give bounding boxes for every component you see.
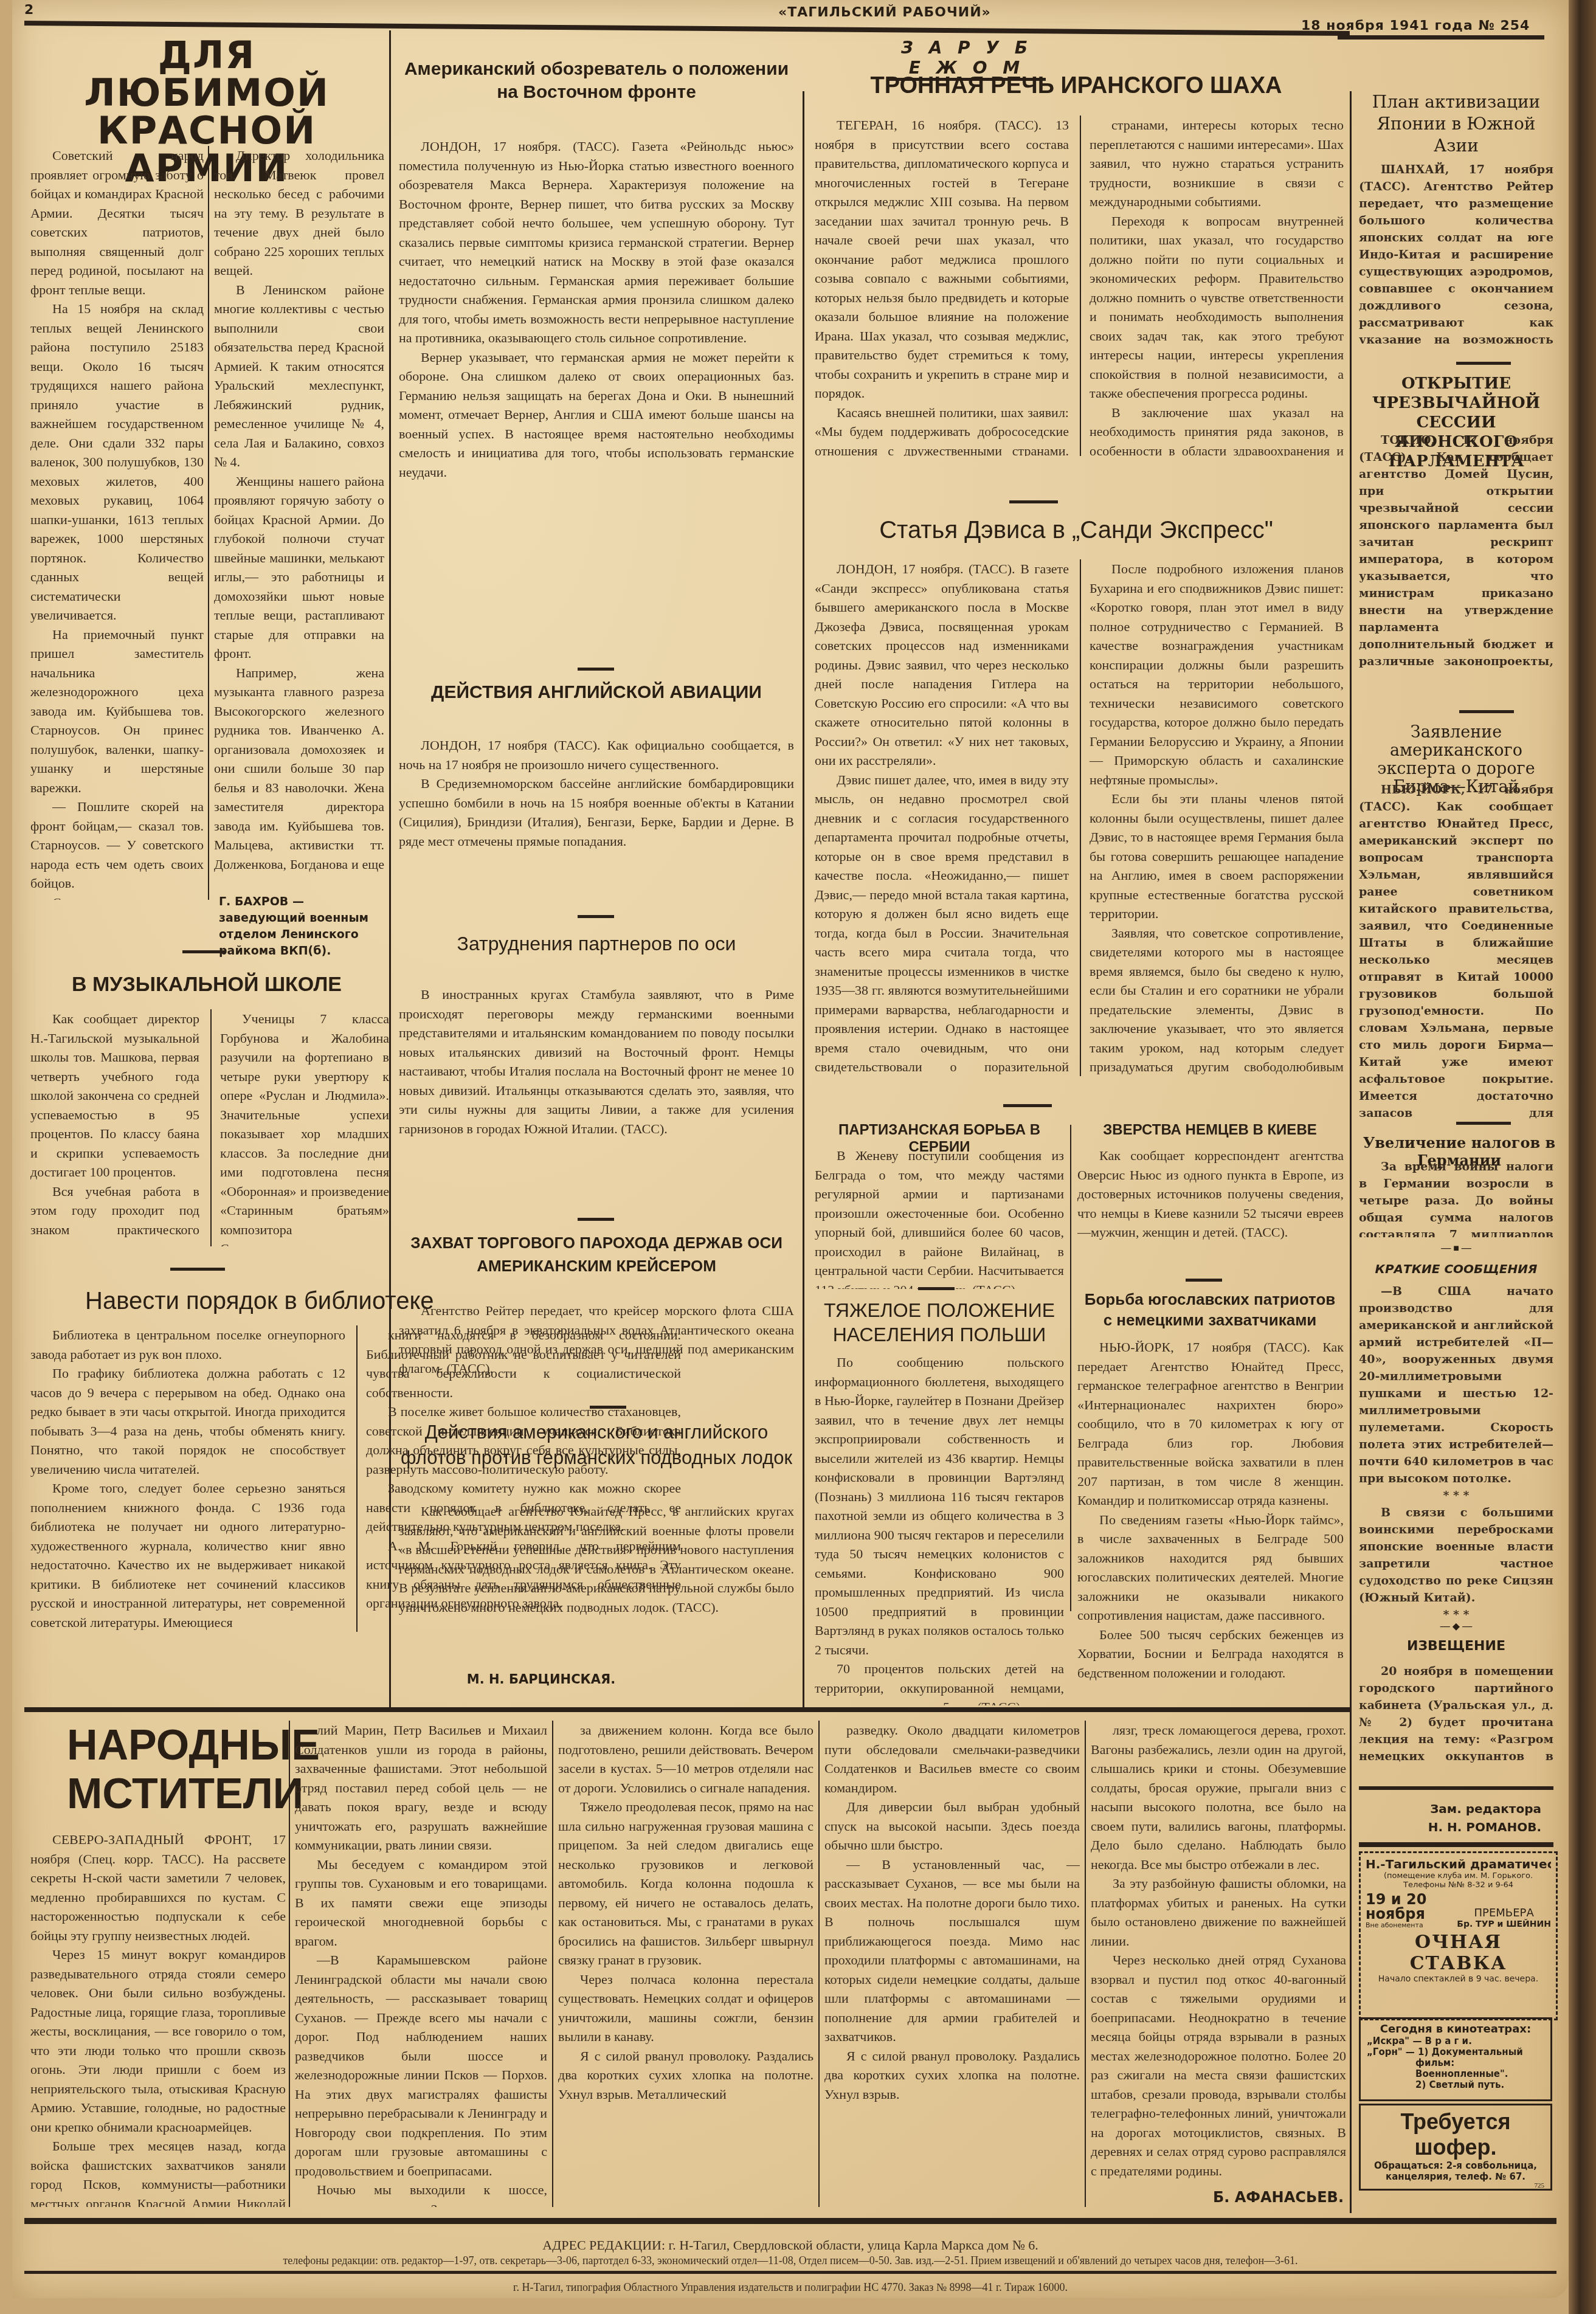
editor-signature: Зам. редактора Н. Н. РОМАНОВ. xyxy=(1359,1800,1541,1836)
separator xyxy=(1359,1786,1553,1790)
footer-rule xyxy=(24,2218,1556,2224)
ad-theatre: Н.-Тагильский драматический театр (помещ… xyxy=(1359,1851,1558,2020)
article-body: НЬЮ-ЙОРК, 17 ноября (ТАСС). Как передает… xyxy=(1077,1338,1344,1702)
headline: В МУЗЫКАЛЬНОЙ ШКОЛЕ xyxy=(30,973,383,996)
column-rule xyxy=(1350,91,1352,2213)
article-body: Как сообщает директор Н.-Тагильской музы… xyxy=(30,1009,389,1246)
column-rule xyxy=(1085,1721,1086,2207)
column-rule xyxy=(552,1721,553,2207)
article-body: ТОКИО, 17 ноября (ТАСС). Как сообщает аг… xyxy=(1359,432,1553,675)
ad-cinema: Сегодня в кинотеатрах: „Искра" — В р а г… xyxy=(1359,2017,1552,2101)
article-body: В иностранных кругах Стамбула заявляют, … xyxy=(399,985,794,1222)
separator-square-icon: — ■ — xyxy=(1359,1243,1553,1254)
ad-title: Сегодня в кинотеатрах: xyxy=(1367,2023,1544,2036)
brief-news-list: —В США начато производство для американс… xyxy=(1359,1283,1553,1623)
article-body-col: за движением колонн. Когда все было подг… xyxy=(558,1721,814,2207)
byline: Г. БАХРОВ — заведующий военным отделом Л… xyxy=(219,894,383,959)
headline: План активизации Японии в Южной Азии xyxy=(1359,91,1553,157)
newspaper-name: «ТАГИЛЬСКИЙ РАБОЧИЙ» xyxy=(778,5,991,20)
separator xyxy=(1009,500,1058,503)
separator xyxy=(590,1406,626,1409)
play-title: ОЧНАЯ СТАВКА xyxy=(1366,1932,1551,1974)
article-body-col: Советский народ проявляет огромную забот… xyxy=(30,146,204,900)
article-body: ЛОНДОН, 17 ноября. (ТАСС). Газета «Рейно… xyxy=(399,137,794,654)
headline: ЗВЕРСТВА НЕМЦЕВ В КИЕВЕ xyxy=(1076,1122,1344,1139)
headline: Статья Дэвиса в „Санди Экспресс" xyxy=(809,517,1344,544)
separator xyxy=(1456,1122,1511,1125)
article-body-col: разведку. Около двадцати километров пути… xyxy=(824,1721,1080,2207)
headline: Борьба югославских патриотов с немецкими… xyxy=(1076,1289,1344,1330)
headline: НАРОДНЫЕ МСТИТЕЛИ xyxy=(36,1721,322,1818)
column-rule xyxy=(818,1721,820,2207)
headline: ТРОННАЯ РЕЧЬ ИРАНСКОГО ШАХА xyxy=(809,73,1344,99)
article-body: Агентство Рейтер передает, что крейсер м… xyxy=(399,1301,794,1404)
article-body: ЛОНДОН, 17 ноября (ТАСС). Как официально… xyxy=(399,736,794,918)
article-body: За время войны налоги в Германии возросл… xyxy=(1359,1158,1553,1237)
separator xyxy=(1459,710,1514,713)
printer-info: г. Н-Тагил, типография Областного Управл… xyxy=(12,2281,1569,2294)
ad-driver-wanted: Требуется шофер. Обращаться: 2-я совболь… xyxy=(1359,2104,1552,2191)
section-rule xyxy=(24,1707,1350,1712)
ad-title: Н.-Тагильский драматический театр xyxy=(1366,1857,1551,1871)
separator xyxy=(578,915,614,918)
article-body: ТЕГЕРАН, 16 ноября. (ТАСС). 13 ноября в … xyxy=(815,116,1344,456)
newspaper-page: 2 «ТАГИЛЬСКИЙ РАБОЧИЙ» 18 ноября 1941 го… xyxy=(12,0,1569,2298)
masthead-rule-right xyxy=(1338,35,1544,40)
article-body: ЛОНДОН, 17 ноября. (ТАСС). В газете «Сан… xyxy=(815,559,1344,1076)
headline: ДЕЙСТВИЯ АНГЛИЙСКОЙ АВИАЦИИ xyxy=(399,681,794,704)
column-rule xyxy=(1070,1125,1071,1611)
article-body: Как сообщает агентство Юнайтед Пресс, в … xyxy=(399,1502,794,1702)
editorial-phones: телефоны редакции: отв. редактор—1-97, о… xyxy=(12,2254,1569,2267)
ad-title: Требуется шофер. xyxy=(1367,2109,1544,2160)
separator xyxy=(1186,1279,1222,1282)
article-body-col: Директор холодильника тов. Матвеюк прове… xyxy=(214,146,384,876)
separator xyxy=(182,950,225,953)
separator xyxy=(170,1268,225,1271)
separator xyxy=(1456,362,1511,365)
separator-diamond-icon: — ◆ — xyxy=(1359,1620,1553,1632)
column-rule xyxy=(803,91,804,1708)
separator xyxy=(1003,1104,1052,1107)
separator xyxy=(918,1287,955,1290)
stars-separator-icon: * * * xyxy=(1359,1487,1553,1504)
article-body-col: СЕВЕРО-ЗАПАДНЫЙ ФРОНТ, 17 ноября (Спец. … xyxy=(30,1830,286,2207)
headline: ЗАХВАТ ТОРГОВОГО ПАРОХОДА ДЕРЖАВ ОСИ АМЕ… xyxy=(399,1231,794,1277)
column-rule xyxy=(289,1721,290,2207)
article-body: В Женеву поступили сообщения из Белграда… xyxy=(815,1146,1064,1289)
separator xyxy=(578,1218,614,1221)
headline: Действия американского и английского фло… xyxy=(399,1420,794,1471)
article-body-col: лий Марин, Петр Васильев и Михаил Солдат… xyxy=(295,1721,547,2207)
article-body-col: лязг, треск ломающегося дерева, грохот. … xyxy=(1091,1721,1346,2183)
headline: Американский обозреватель о положении на… xyxy=(399,58,794,104)
separator xyxy=(1359,1842,1553,1847)
footer-rule xyxy=(24,2271,1556,2274)
headline: ИЗВЕЩЕНИЕ xyxy=(1359,1639,1553,1654)
byline: Б. АФАНАСЬЕВ. xyxy=(1167,2189,1344,2206)
headline: ТЯЖЕЛОЕ ПОЛОЖЕНИЕ НАСЕЛЕНИЯ ПОЛЬШИ xyxy=(815,1298,1064,1347)
article-american-observer: Американский обозреватель о положении на… xyxy=(399,58,794,104)
page-binding-edge xyxy=(1569,0,1596,2314)
article-body: 20 ноября в помещении городского партийн… xyxy=(1359,1663,1553,1766)
separator xyxy=(578,668,614,671)
article-body: НЬЮ-ЙОРК, 17 ноября (ТАСС). Как сообщает… xyxy=(1359,781,1553,1122)
article-body: По сообщению польского информационного б… xyxy=(815,1353,1064,1705)
article-body: ШАНХАЙ, 17 ноября (ТАСС). Агентство Рейт… xyxy=(1359,161,1553,344)
article-body: Как сообщает корреспондент агентства Ове… xyxy=(1077,1146,1344,1262)
headline: Затруднения партнеров по оси xyxy=(399,930,794,957)
section-header: КРАТКИЕ СООБЩЕНИЯ xyxy=(1359,1262,1553,1276)
column-rule xyxy=(208,146,209,900)
page-number: 2 xyxy=(24,2,34,18)
headline: ДЛЯ ЛЮБИМОЙ xyxy=(30,36,383,112)
editorial-address: АДРЕС РЕДАКЦИИ: г. Н-Тагил, Свердловской… xyxy=(12,2237,1569,2253)
